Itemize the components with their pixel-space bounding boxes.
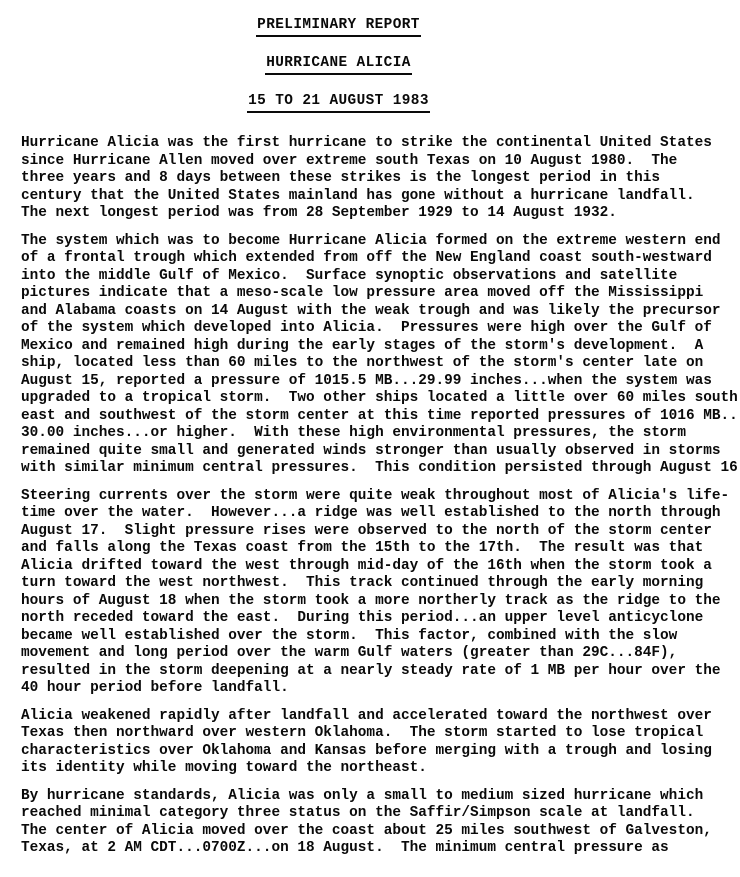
heading-row: PRELIMINARY REPORT xyxy=(0,16,677,37)
report-page: PRELIMINARY REPORT HURRICANE ALICIA 15 T… xyxy=(0,0,740,877)
report-subtitle-storm-name: HURRICANE ALICIA xyxy=(265,54,412,75)
report-header: PRELIMINARY REPORT HURRICANE ALICIA 15 T… xyxy=(0,16,677,130)
paragraph-intro-landfall-record: Hurricane Alicia was the first hurricane… xyxy=(21,135,733,223)
paragraph-steering-currents: Steering currents over the storm were qu… xyxy=(21,488,733,698)
paragraph-hurricane-size-category: By hurricane standards, Alicia was only … xyxy=(21,788,733,858)
paragraph-weakening-after-landfall: Alicia weakened rapidly after landfall a… xyxy=(21,708,733,778)
report-title: PRELIMINARY REPORT xyxy=(256,16,421,37)
heading-row: HURRICANE ALICIA xyxy=(0,54,677,75)
report-body: Hurricane Alicia was the first hurricane… xyxy=(21,135,733,868)
heading-row: 15 TO 21 AUGUST 1983 xyxy=(0,92,677,113)
report-date-range: 15 TO 21 AUGUST 1983 xyxy=(247,92,430,113)
paragraph-storm-formation: The system which was to become Hurricane… xyxy=(21,233,733,478)
